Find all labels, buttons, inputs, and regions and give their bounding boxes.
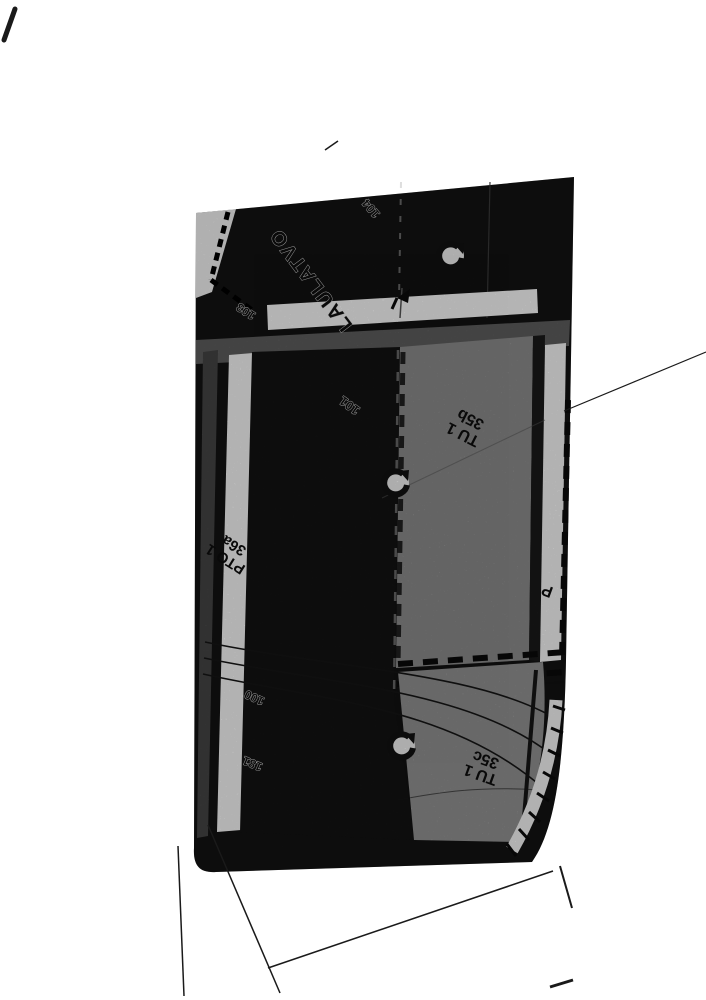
survey-line-bottom-long — [268, 871, 553, 968]
survey-tick-top — [325, 141, 338, 150]
scanned-plan-map: LAULATVO 104 103 101 PTO 1 36a TU 1 35b … — [0, 0, 706, 1000]
scan-noise-overlay — [185, 170, 580, 880]
scan-artifact-topleft — [4, 9, 15, 40]
survey-dash-bottomright — [550, 980, 573, 987]
survey-line-right — [564, 352, 706, 411]
scanned-plan-page: LAULATVO 104 103 101 PTO 1 36a TU 1 35b … — [0, 0, 706, 1000]
survey-line-bottomleft-vertical — [178, 846, 184, 996]
survey-line-bottomright-short — [560, 866, 572, 908]
